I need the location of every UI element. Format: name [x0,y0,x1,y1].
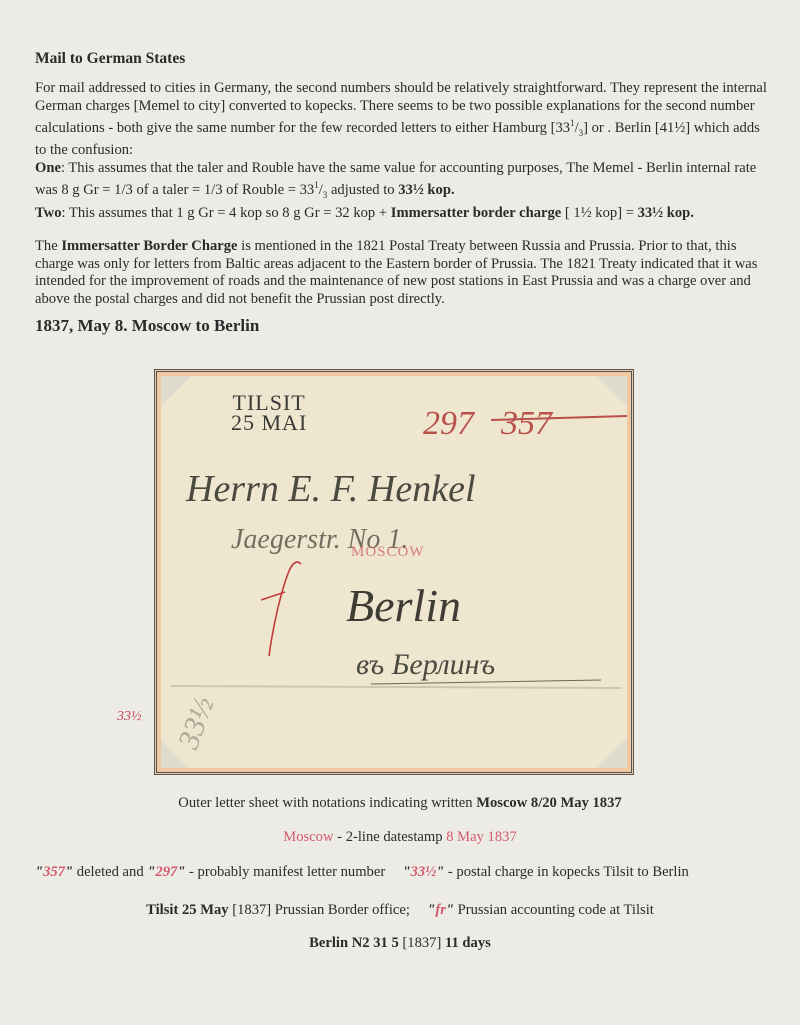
fraction-numerator: 1 [314,180,319,190]
explanation-two-after: [ 1½ kop] = [561,205,637,221]
caption-text: - postal charge in kopecks Tilsit to Ber… [444,864,689,880]
manifest-deleted: 357 [500,405,554,442]
caption-quote-red: 33½ [411,864,437,880]
explanation-two-label: Two [35,205,62,221]
caption-bold: 11 days [445,935,491,951]
address-line-3: Berlin [346,580,461,631]
quote-mark: " [402,864,410,880]
quote-mark: " [35,864,43,880]
side-annotation: 33½ [117,709,142,725]
tilsit-stamp-line-2: 25 MAI [231,413,307,433]
caption-tilsit: Tilsit 25 May [1837] Prussian Border off… [0,902,800,919]
caption-text: Prussian accounting code at Tilsit [454,902,654,918]
caption-text: deleted and [77,864,148,880]
caption-red: 8 May 1837 [446,829,517,845]
explanation-two-result: 33½ kop. [638,205,694,221]
caption-quote-red: fr [435,902,446,918]
explanation-one-result: 33½ kop. [398,182,454,198]
caption-bold: Tilsit 25 May [146,902,228,918]
caption-manifest: "357" deleted and "297" - probably manif… [35,864,689,881]
border-charge-bold: Immersatter Border Charge [61,238,237,254]
caption-moscow-datestamp: Moscow - 2-line datestamp 8 May 1837 [0,829,800,846]
caption-red: Moscow [283,829,333,845]
caption-text: [1837] [399,935,445,951]
rouble-fraction: 1/3 [314,182,327,198]
explanation-two-text: : This assumes that 1 g Gr = 4 kop so 8 … [62,205,391,221]
manifest-new: 297 [423,405,476,442]
caption-text: - 2-line datestamp [334,829,447,845]
letter-image-frame: 297 357 Herrn E. F. Henkel Jaegerstr. No… [154,369,634,775]
moscow-datestamp: MOSCOW [351,544,425,561]
section-title: Mail to German States [35,50,185,68]
caption-quote-red: 297 [155,864,177,880]
hamburg-fraction: 1/3 [570,120,583,136]
caption-text: Outer letter sheet with notations indica… [178,795,476,811]
fraction-numerator: 1 [570,118,575,128]
cover-title: 1837, May 8. Moscow to Berlin [35,316,259,336]
caption-quote-red: 357 [43,864,65,880]
address-line-1: Herrn E. F. Henkel [185,468,476,510]
letter-image: 297 357 Herrn E. F. Henkel Jaegerstr. No… [161,376,627,768]
border-charge-lead: The [35,238,61,254]
explanation-one-after: adjusted to [327,182,398,198]
tilsit-datestamp: TILSIT 25 MAI [231,393,307,433]
quote-mark: " [65,864,73,880]
explanation-two-bold: Immersatter border charge [391,205,561,221]
explanation-one-label: One [35,160,61,176]
caption-berlin-arrival: Berlin N2 31 5 [1837] 11 days [0,935,800,952]
caption-written: Outer letter sheet with notations indica… [0,795,800,812]
caption-text: [1837] Prussian Border office; [229,902,410,918]
border-charge-paragraph: The Immersatter Border Charge is mention… [35,238,770,308]
quote-mark: " [446,902,454,918]
caption-text: - probably manifest letter number [185,864,388,880]
charge-mark: 33½ [172,692,221,754]
exhibit-page: Mail to German States For mail addressed… [0,0,800,1025]
caption-bold: Moscow 8/20 May 1837 [476,795,622,811]
address-line-4: въ Берлинъ [356,648,495,681]
intro-paragraph: For mail addressed to cities in Germany,… [35,80,770,222]
caption-bold: Berlin N2 31 5 [309,935,399,951]
